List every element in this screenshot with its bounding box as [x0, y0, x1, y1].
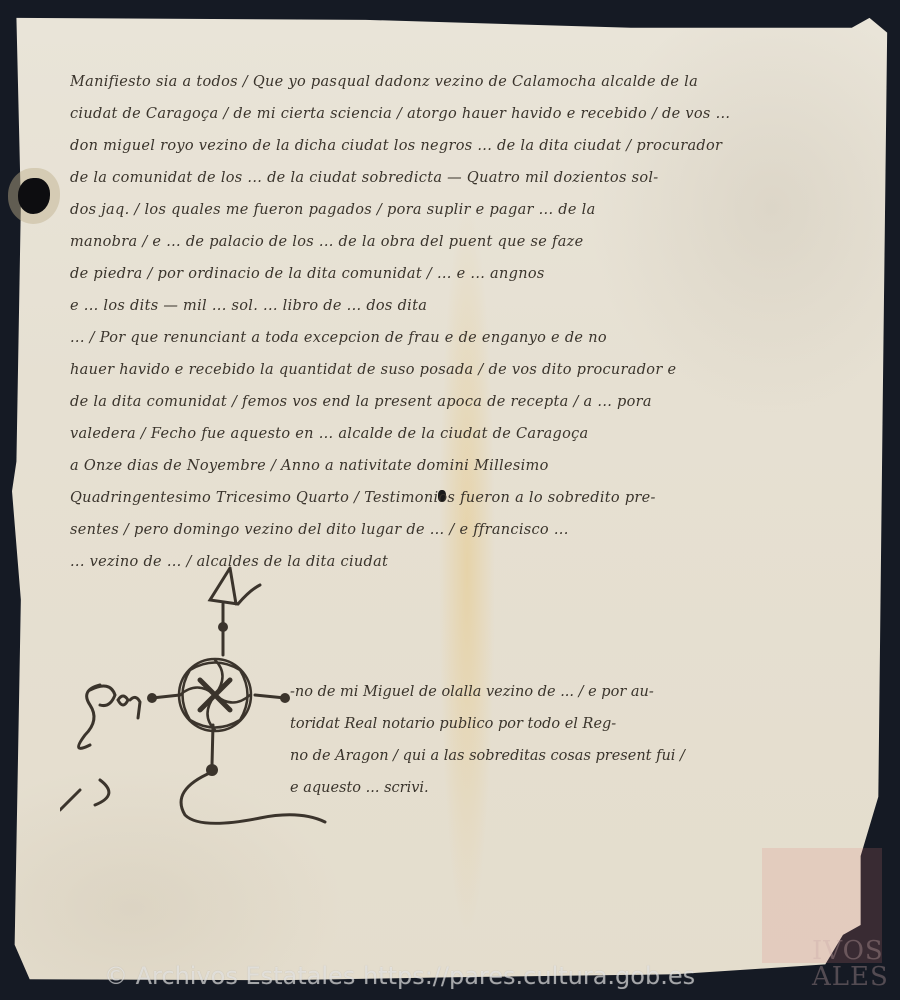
text-line: Quadringentesimo Tricesimo Quarto / Test…: [70, 482, 860, 514]
text-line: sentes / pero domingo vezino del dito lu…: [70, 514, 860, 546]
text-line: hauer havido e recebido la quantidat de …: [70, 354, 860, 386]
text-line: manobra / e ... de palacio de los ... de…: [70, 226, 860, 258]
copyright-watermark: © Archivos Estatales https://pares.cultu…: [104, 962, 695, 990]
text-line: -no de mi Miguel de olalla vezino de ...…: [290, 676, 850, 708]
text-line: don miguel royo vezino de la dicha ciuda…: [70, 130, 860, 162]
text-line: de la dita comunidat / femos vos end la …: [70, 386, 860, 418]
notary-subscription-text: -no de mi Miguel de olalla vezino de ...…: [290, 676, 850, 804]
text-line: e aquesto ... scrivi.: [290, 772, 850, 804]
text-line: no de Aragon / qui a las sobreditas cosa…: [290, 740, 850, 772]
text-line: de piedra / por ordinacio de la dita com…: [70, 258, 860, 290]
text-line: ... / Por que renunciant a toda excepcio…: [70, 322, 860, 354]
text-line: valedera / Fecho fue aquesto en ... alca…: [70, 418, 860, 450]
text-line: Manifiesto sia a todos / Que yo pasqual …: [70, 66, 860, 98]
archive-logo-text: ALES: [812, 962, 900, 992]
charter-main-text: Manifiesto sia a todos / Que yo pasqual …: [70, 66, 860, 578]
archive-logo-watermark: IVOS ALES: [742, 836, 900, 996]
text-line: dos jaq. / los quales me fueron pagados …: [70, 194, 860, 226]
text-line: e ... los dits — mil ... sol. ... libro …: [70, 290, 860, 322]
text-line: de la comunidat de los ... de la ciudat …: [70, 162, 860, 194]
text-line: a Onze dias de Noyembre / Anno a nativit…: [70, 450, 860, 482]
text-line: ciudat de Caragoça / de mi cierta scienc…: [70, 98, 860, 130]
text-line: toridat Real notario publico por todo el…: [290, 708, 850, 740]
